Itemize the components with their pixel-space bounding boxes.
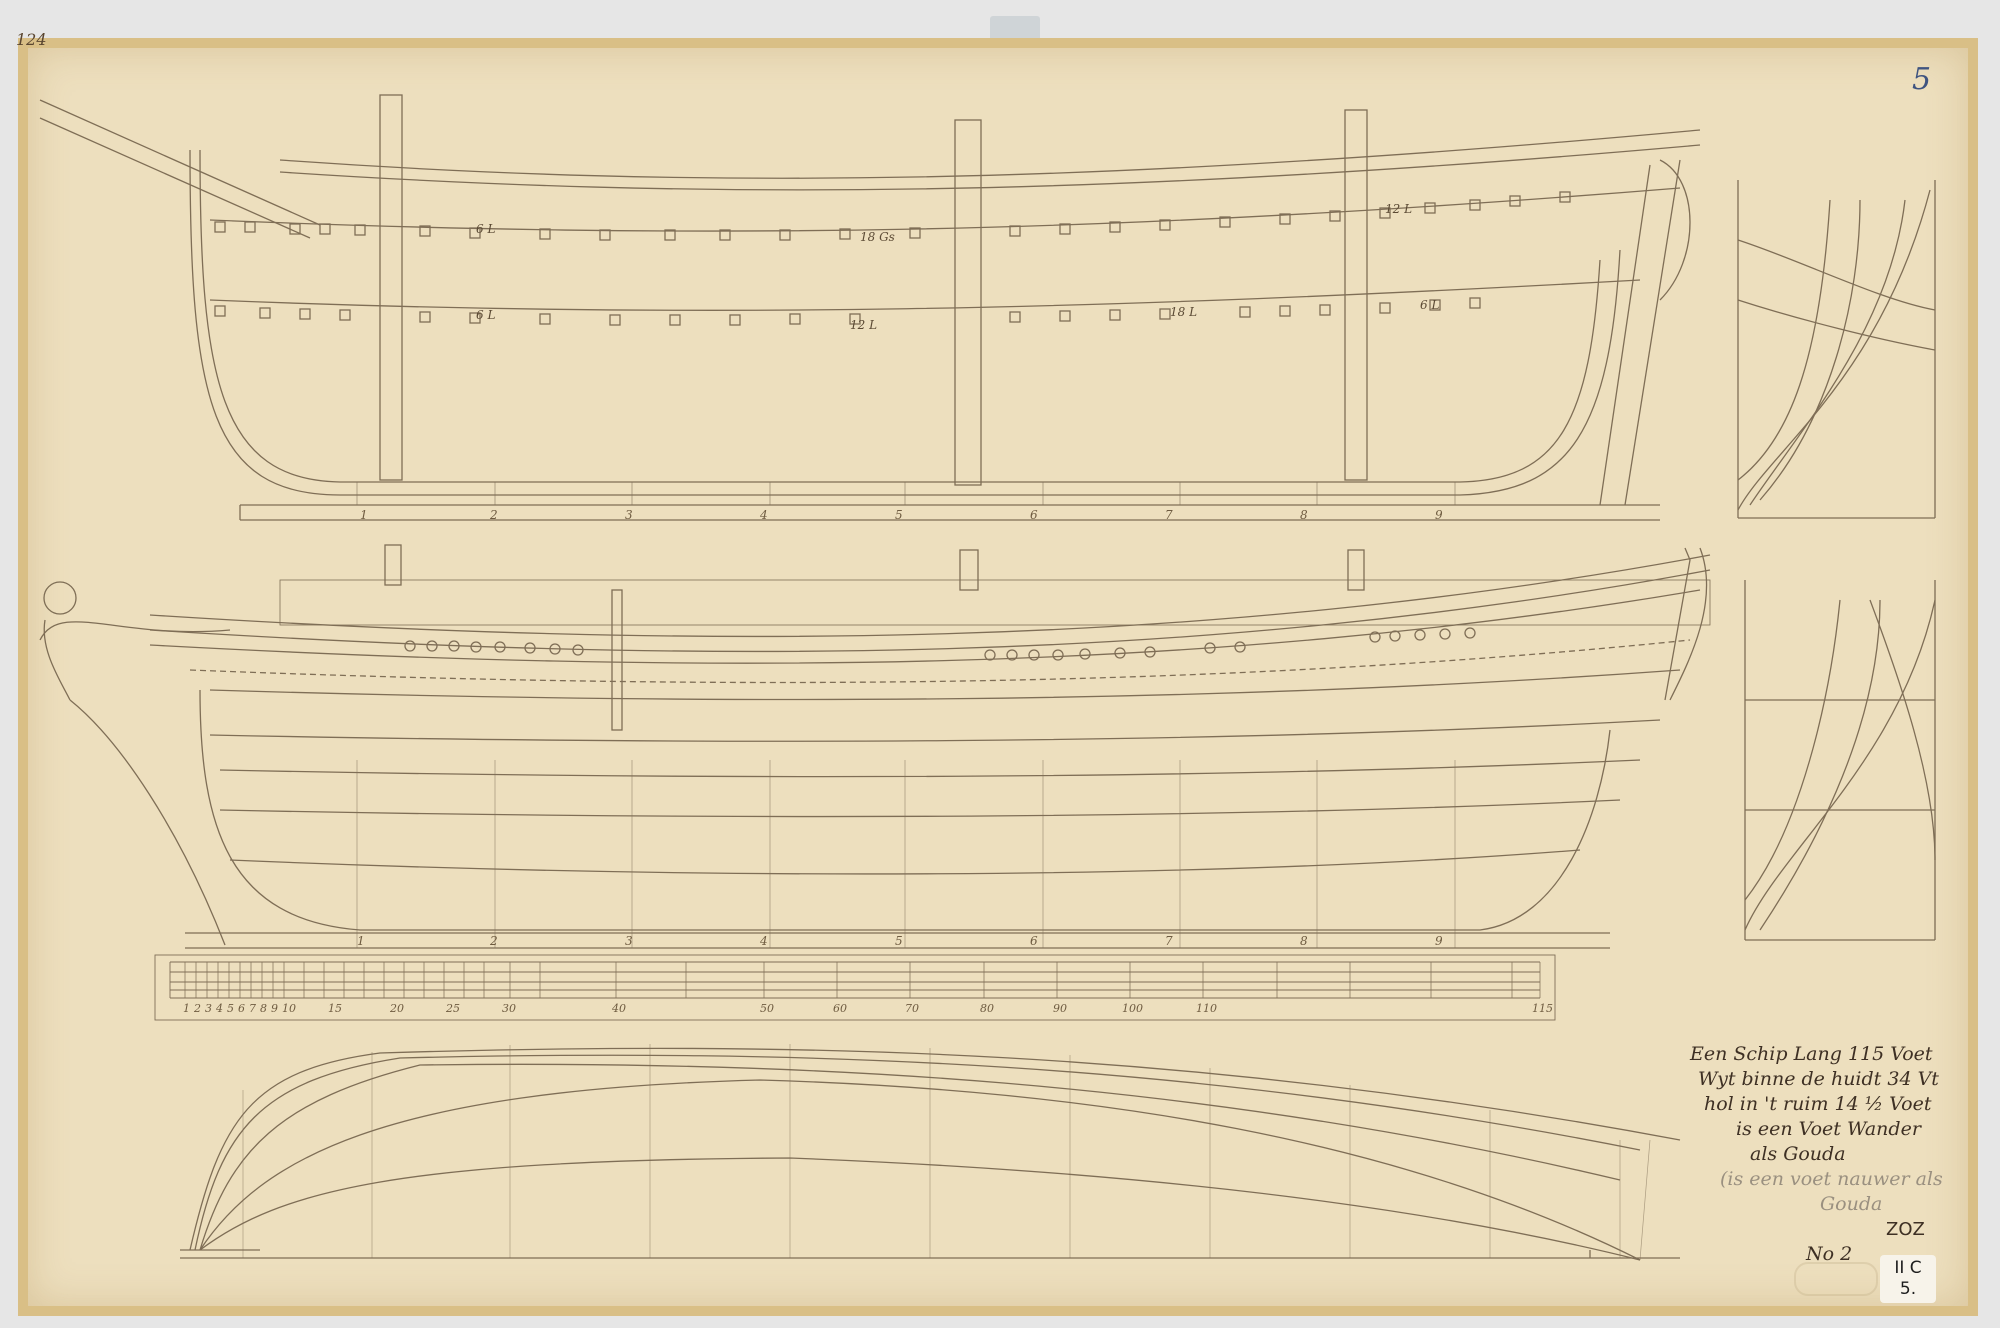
- catalogue-label-line2: 5.: [1880, 1279, 1936, 1300]
- profile-plan: [40, 545, 1710, 948]
- scale-tick: 10: [282, 1002, 296, 1015]
- scale-tick: 7: [249, 1002, 256, 1015]
- scale-tick: 5: [227, 1002, 234, 1015]
- pencil-note: (is een voet nauwer als: [1690, 1167, 1990, 1192]
- scale-tick: 115: [1532, 1002, 1553, 1015]
- half-breadth-plan: [180, 1044, 1680, 1260]
- body-plan-lower: [1745, 580, 1935, 940]
- gunport-note: 6 L: [1420, 298, 1439, 312]
- upper-station-label: 5: [895, 508, 903, 522]
- scale-tick: 4: [216, 1002, 223, 1015]
- sheet-number: 5: [1912, 62, 1931, 97]
- profile-station-label: 2: [490, 934, 498, 948]
- dimensions-annotation: Een Schip Lang 115 Voet Wyt binne de hui…: [1690, 1042, 1990, 1267]
- faded-stamp: [1794, 1262, 1878, 1296]
- annotation-line: is een Voet Wander: [1690, 1117, 1990, 1142]
- upper-station-label: 3: [625, 508, 633, 522]
- scale-tick: 9: [271, 1002, 278, 1015]
- scale-tick: 20: [390, 1002, 404, 1015]
- scale-tick: 110: [1196, 1002, 1217, 1015]
- scale-bar: [155, 955, 1555, 1020]
- upper-station-label: 2: [490, 508, 498, 522]
- profile-station-label: 8: [1300, 934, 1308, 948]
- profile-station-label: 5: [895, 934, 903, 948]
- upper-station-label: 7: [1165, 508, 1173, 522]
- annotation-line: als Gouda: [1690, 1142, 1990, 1167]
- scale-tick: 8: [260, 1002, 267, 1015]
- catalogue-label: II C 5.: [1880, 1255, 1936, 1303]
- zoz-mark: ZOZ: [1690, 1217, 1990, 1242]
- scale-tick: 3: [205, 1002, 212, 1015]
- scale-tick: 25: [446, 1002, 460, 1015]
- annotation-line: Een Schip Lang 115 Voet: [1690, 1042, 1990, 1067]
- scale-tick: 100: [1122, 1002, 1143, 1015]
- scale-tick: 30: [502, 1002, 516, 1015]
- scale-tick: 40: [612, 1002, 626, 1015]
- scale-tick: 6: [238, 1002, 245, 1015]
- annotation-line: Wyt binne de huidt 34 Vt: [1690, 1067, 1990, 1092]
- upper-station-label: 9: [1435, 508, 1443, 522]
- scale-tick: 80: [980, 1002, 994, 1015]
- gunport-note: 18 L: [1170, 305, 1197, 319]
- scale-tick: 2: [194, 1002, 201, 1015]
- upper-station-label: 6: [1030, 508, 1038, 522]
- profile-station-label: 7: [1165, 934, 1173, 948]
- scale-tick: 1: [183, 1002, 190, 1015]
- upper-station-label: 4: [760, 508, 768, 522]
- gunport-note: 18 Gs: [860, 230, 895, 244]
- catalogue-label-line1: II C: [1880, 1258, 1936, 1279]
- scale-tick: 60: [833, 1002, 847, 1015]
- gunport-note: 6 L: [476, 222, 495, 236]
- pencil-note: Gouda: [1690, 1192, 1990, 1217]
- upper-station-label: 1: [360, 508, 368, 522]
- profile-station-label: 1: [357, 934, 365, 948]
- annotation-line: hol in 't ruim 14 ½ Voet: [1690, 1092, 1990, 1117]
- profile-station-label: 3: [625, 934, 633, 948]
- upper-station-label: 8: [1300, 508, 1308, 522]
- scale-tick: 15: [328, 1002, 342, 1015]
- gunport-note: 12 L: [850, 318, 877, 332]
- scale-tick: 50: [760, 1002, 774, 1015]
- gunport-note: 6 L: [476, 308, 495, 322]
- scale-tick: 70: [905, 1002, 919, 1015]
- body-plan-upper: [1738, 180, 1935, 518]
- profile-station-label: 6: [1030, 934, 1038, 948]
- inventory-mark: 124: [16, 30, 47, 49]
- profile-station-label: 4: [760, 934, 768, 948]
- profile-station-label: 9: [1435, 934, 1443, 948]
- scale-tick: 90: [1053, 1002, 1067, 1015]
- inboard-plan: [40, 95, 1700, 520]
- gunport-note: 12 L: [1385, 202, 1412, 216]
